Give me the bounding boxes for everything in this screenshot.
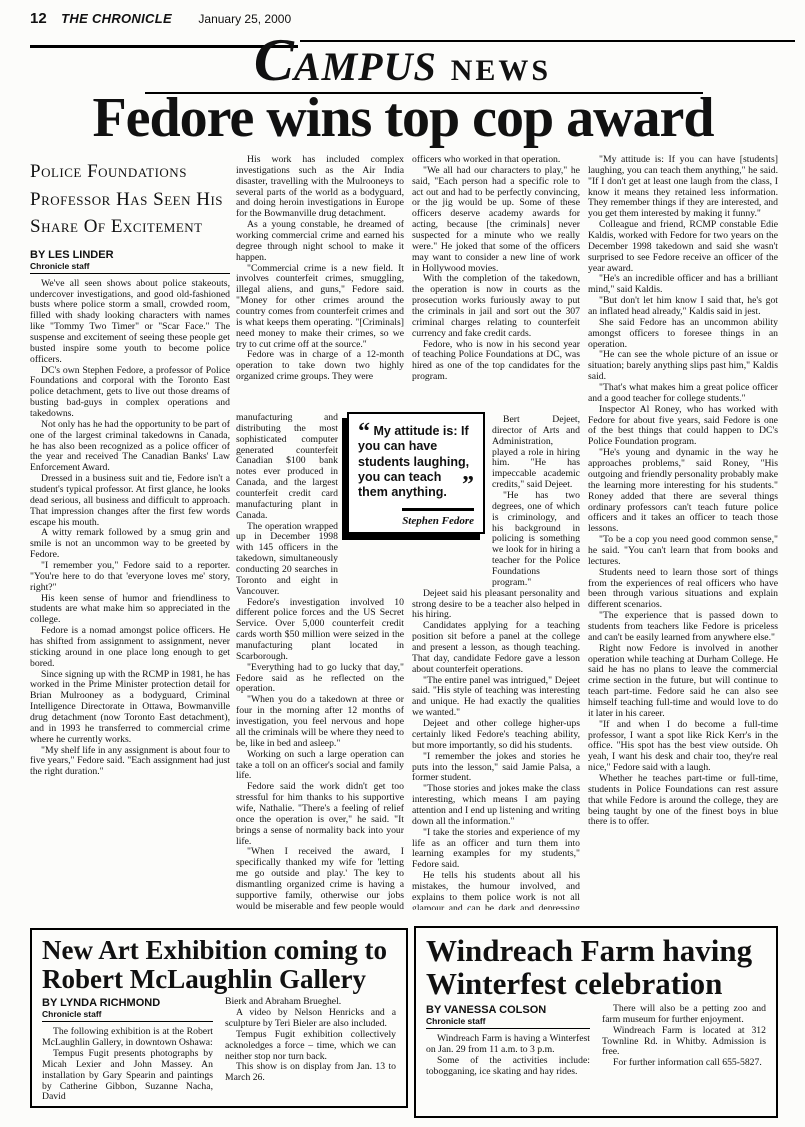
- gallery-column-1: BY LYNDA RICHMOND Chronicle staff The fo…: [42, 997, 213, 1103]
- pull-quote-text-block: “ My attitude is: If you can have studen…: [358, 424, 474, 500]
- column1-text: We've all seen shows about police stakeo…: [30, 279, 230, 779]
- paragraph: manufacturing and distributing the most …: [236, 413, 338, 522]
- column4-text: "My attitude is: If you can have [studen…: [588, 155, 778, 828]
- paragraph: "He's young and dynamic in the way he ap…: [588, 448, 778, 535]
- paragraph: Right now Fedore is involved in another …: [588, 644, 778, 720]
- section-title: AMPUS: [294, 44, 437, 89]
- paragraph: DC's own Stephen Fedore, a professor of …: [30, 366, 230, 420]
- paragraph: "He has two degrees, one of which is cri…: [492, 491, 580, 589]
- paragraph: Colleague and friend, RCMP constable Edi…: [588, 220, 778, 274]
- section-subtitle: NEWS: [451, 54, 551, 87]
- page-number: 12: [30, 10, 47, 27]
- byline: BY LES LINDER: [30, 249, 230, 261]
- paragraph: The operation wrapped up in December 199…: [236, 522, 338, 598]
- paragraph: "He's an incredible officer and has a br…: [588, 274, 778, 296]
- paragraph: This show is on display from Jan. 13 to …: [225, 1062, 396, 1084]
- byline-credit: Chronicle staff: [30, 261, 230, 274]
- paragraph: Fedore said the work didn't get too stre…: [236, 782, 404, 847]
- paragraph: "If and when I do become a full-time pro…: [588, 720, 778, 774]
- newspaper-name: THE CHRONICLE: [61, 11, 172, 26]
- paragraph: Fedore was in charge of a 12-month opera…: [236, 350, 404, 383]
- farm-headline: Windreach Farm having Winterfest celebra…: [426, 934, 766, 1001]
- column3-top-text: officers who worked in that operation."W…: [412, 155, 580, 415]
- paragraph: A witty remark followed by a smug grin a…: [30, 528, 230, 561]
- gallery-column1-text: The following exhibition is at the Rober…: [42, 1027, 213, 1103]
- paragraph: Bert Dejeet, director of Arts and Admini…: [492, 415, 580, 491]
- paragraph: "Everything had to go lucky that day," F…: [236, 663, 404, 696]
- paragraph: As a young constable, he dreamed of work…: [236, 220, 404, 263]
- paragraph: "Commercial crime is a new field. It inv…: [236, 264, 404, 351]
- paragraph: Fedore, who is now in his second year of…: [412, 340, 580, 383]
- paragraph: "We all had our characters to play," he …: [412, 166, 580, 275]
- paragraph: "The experience that is passed down to s…: [588, 611, 778, 644]
- paragraph: His keen sense of humor and friendliness…: [30, 594, 230, 627]
- gallery-headline: New Art Exhibition coming to Robert McLa…: [42, 936, 396, 994]
- paragraph: Inspector Al Roney, who has worked with …: [588, 405, 778, 448]
- paragraph: For further information call 655-5827.: [602, 1058, 766, 1069]
- paragraph: "I take the stories and experience of my…: [412, 828, 580, 871]
- column3-bottom-text: Dejeet said his pleasant personality and…: [412, 589, 580, 910]
- paragraph: "My attitude is: If you can have [studen…: [588, 155, 778, 220]
- paragraph: "The entire panel was intrigued," Dejeet…: [412, 676, 580, 719]
- section-title-initial: C: [254, 27, 294, 93]
- paragraph: "My shelf life in any assignment is abou…: [30, 746, 230, 779]
- paragraph: Some of the activities include: toboggan…: [426, 1056, 590, 1078]
- paragraph: With the completion of the takedown, the…: [412, 274, 580, 339]
- pull-quote-attribution: Stephen Fedore: [358, 515, 474, 527]
- column3-beside-quote-text: Bert Dejeet, director of Arts and Admini…: [492, 415, 580, 589]
- page-header: 12 THE CHRONICLE January 25, 2000: [30, 10, 291, 28]
- gallery-column-2: Bierk and Abraham Brueghel.A video by Ne…: [225, 997, 396, 1103]
- paragraph: Dejeet and other college higher-ups cert…: [412, 719, 580, 752]
- paragraph: "That's what makes him a great police of…: [588, 383, 778, 405]
- gallery-byline-credit: Chronicle staff: [42, 1009, 213, 1022]
- gallery-columns: BY LYNDA RICHMOND Chronicle staff The fo…: [42, 997, 396, 1103]
- paragraph: "To be a cop you need good common sense,…: [588, 535, 778, 568]
- farm-column1-text: Windreach Farm is having a Winterfest on…: [426, 1034, 590, 1077]
- farm-byline: BY VANESSA COLSON: [426, 1004, 590, 1016]
- paragraph: "When I received the award, I specifical…: [236, 847, 404, 910]
- paragraph: Not only has he had the opportunity to b…: [30, 420, 230, 474]
- farm-byline-credit: Chronicle staff: [426, 1016, 590, 1029]
- paragraph: Windreach Farm is having a Winterfest on…: [426, 1034, 590, 1056]
- paragraph: Candidates applying for a teaching posit…: [412, 621, 580, 675]
- pull-quote-box: “ My attitude is: If you can have studen…: [347, 412, 485, 534]
- section-banner: CAMPUS NEWS: [0, 30, 805, 90]
- paragraph: We've all seen shows about police stakeo…: [30, 279, 230, 366]
- column2-top-text: His work has included complex investigat…: [236, 155, 404, 413]
- paragraph: Whether he teaches part-time or full-tim…: [588, 774, 778, 828]
- main-headline: Fedore wins top cop award: [28, 90, 778, 146]
- paragraph: Dressed in a business suit and tie, Fedo…: [30, 474, 230, 528]
- paragraph: Working on such a large operation can ta…: [236, 750, 404, 783]
- column2-beside-quote-text: manufacturing and distributing the most …: [236, 413, 338, 598]
- paragraph: Windreach Farm is located at 312 Townlin…: [602, 1026, 766, 1059]
- paragraph: "When you do a takedown at three or four…: [236, 695, 404, 749]
- gallery-byline: BY LYNDA RICHMOND: [42, 997, 213, 1009]
- farm-column-2: There will also be a petting zoo and far…: [602, 1004, 766, 1077]
- paragraph: "He can see the whole picture of an issu…: [588, 350, 778, 383]
- paragraph: Tempus Fugit presents photographs by Mic…: [42, 1049, 213, 1103]
- paragraph: "Those stories and jokes make the class …: [412, 784, 580, 827]
- paragraph: Dejeet said his pleasant personality and…: [412, 589, 580, 622]
- paragraph: She said Fedore has an uncommon ability …: [588, 318, 778, 351]
- gallery-column2-text: Bierk and Abraham Brueghel.A video by Ne…: [225, 997, 396, 1084]
- paragraph: The following exhibition is at the Rober…: [42, 1027, 213, 1049]
- paragraph: A video by Nelson Henricks and a sculptu…: [225, 1008, 396, 1030]
- paragraph: There will also be a petting zoo and far…: [602, 1004, 766, 1026]
- paragraph: He tells his students about all his mist…: [412, 871, 580, 910]
- farm-column2-text: There will also be a petting zoo and far…: [602, 1004, 766, 1069]
- column2-bottom-text: Fedore's investigation involved 10 diffe…: [236, 598, 404, 910]
- issue-date: January 25, 2000: [198, 12, 291, 26]
- paragraph: Students need to learn those sort of thi…: [588, 568, 778, 611]
- standfirst: Police Foundations Professor Has Seen Hi…: [30, 158, 230, 241]
- paragraph: "But don't let him know I said that, he'…: [588, 296, 778, 318]
- pull-quote-text: My attitude is: If you can have students…: [358, 424, 469, 499]
- byline-block: BY LES LINDER Chronicle staff: [30, 249, 230, 274]
- gallery-article-box: New Art Exhibition coming to Robert McLa…: [30, 928, 408, 1108]
- paragraph: His work has included complex investigat…: [236, 155, 404, 220]
- paragraph: Tempus Fugit exhibition collectively ack…: [225, 1030, 396, 1063]
- newspaper-page: 12 THE CHRONICLE January 25, 2000 CAMPUS…: [0, 0, 805, 1127]
- paragraph: Since signing up with the RCMP in 1981, …: [30, 670, 230, 746]
- paragraph: "I remember the jokes and stories he put…: [412, 752, 580, 785]
- paragraph: Fedore's investigation involved 10 diffe…: [236, 598, 404, 663]
- article-column-1: Police Foundations Professor Has Seen Hi…: [30, 158, 230, 908]
- paragraph: "I remember you," Fedore said to a repor…: [30, 561, 230, 594]
- pull-quote-rule: [402, 508, 474, 511]
- farm-article-box: Windreach Farm having Winterfest celebra…: [414, 926, 778, 1118]
- article-column-4: "My attitude is: If you can have [studen…: [588, 155, 778, 910]
- farm-columns: BY VANESSA COLSON Chronicle staff Windre…: [426, 1004, 766, 1077]
- paragraph: Fedore is a nomad amongst police officer…: [30, 626, 230, 669]
- farm-column-1: BY VANESSA COLSON Chronicle staff Windre…: [426, 1004, 590, 1077]
